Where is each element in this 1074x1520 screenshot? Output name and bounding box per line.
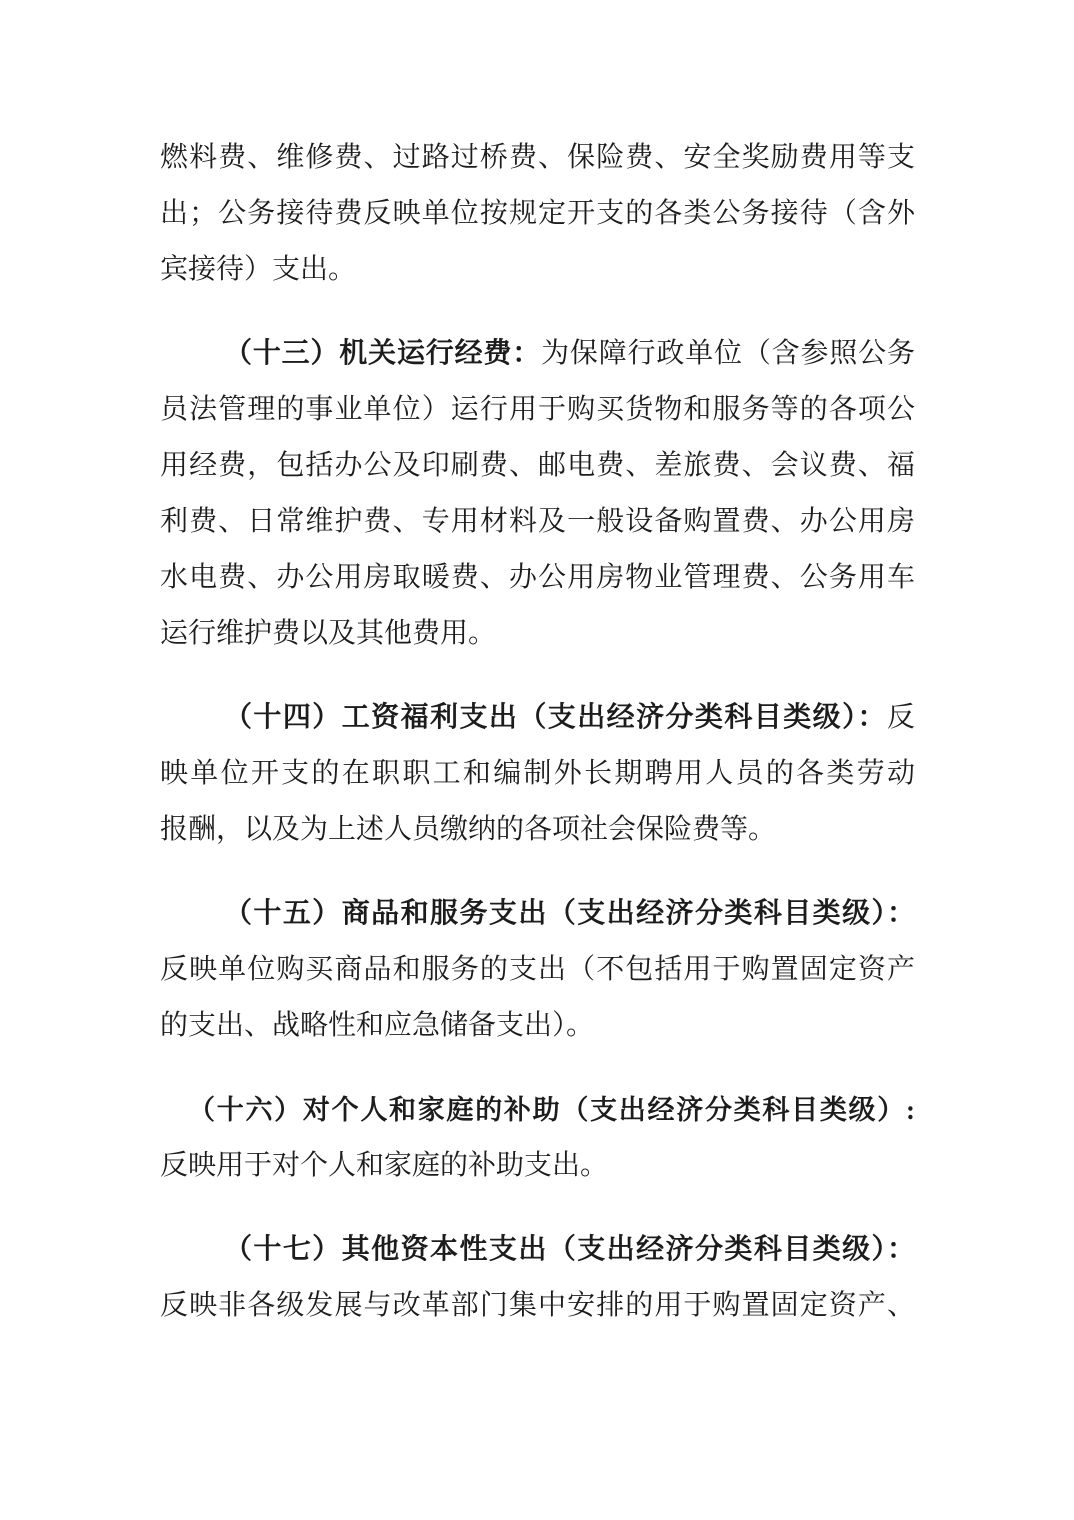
- body-text: 水电费、办公用房取暖费、办公用房物业管理费、公务用车: [160, 562, 915, 593]
- text-line: 水电费、办公用房取暖费、办公用房物业管理费、公务用车: [160, 550, 915, 606]
- body-text: 映单位开支的在职职工和编制外长期聘用人员的各类劳动: [160, 758, 915, 789]
- body-text: 宾接待）支出。: [160, 254, 356, 285]
- text-line: （十五）商品和服务支出（支出经济分类科目类级）：: [160, 886, 915, 942]
- body-text: 的支出、战略性和应急储备支出）。: [160, 1010, 594, 1041]
- body-text: 反映用于对个人和家庭的补助支出。: [160, 1150, 608, 1181]
- body-text: 出；公务接待费反映单位按规定开支的各类公务接待（含外: [160, 198, 915, 229]
- clause-heading-text: （十六）对个人和家庭的补助（支出经济分类科目类级）:: [188, 1095, 915, 1125]
- body-text: 用经费，包括办公及印刷费、邮电费、差旅费、会议费、福: [160, 450, 915, 481]
- body-text: 为保障行政单位（含参照公务: [541, 338, 915, 369]
- clause-heading-text: （十七）其他资本性支出（支出经济分类科目类级）：: [224, 1234, 915, 1265]
- paragraph-17-other-capital-expenditure: （十七）其他资本性支出（支出经济分类科目类级）：反映非各级发展与改革部门集中安排…: [160, 1222, 915, 1334]
- text-line: 利费、日常维护费、专用材料及一般设备购置费、办公用房: [160, 494, 915, 550]
- text-line: 反映非各级发展与改革部门集中安排的用于购置固定资产、: [160, 1278, 915, 1334]
- text-line: 燃料费、维修费、过路过桥费、保险费、安全奖励费用等支: [160, 130, 915, 186]
- text-line: （十四）工资福利支出（支出经济分类科目类级）：反: [160, 690, 915, 746]
- paragraph-official-vehicle-fees-continued: 燃料费、维修费、过路过桥费、保险费、安全奖励费用等支出；公务接待费反映单位按规定…: [160, 130, 915, 298]
- body-text: 反映单位购买商品和服务的支出（不包括用于购置固定资产: [160, 954, 915, 985]
- paragraph-13-agency-operating-funds: （十三）机关运行经费：为保障行政单位（含参照公务员法管理的事业单位）运行用于购买…: [160, 326, 915, 662]
- clause-heading-text: （十四）工资福利支出（支出经济分类科目类级）：: [224, 702, 887, 733]
- text-line: （十七）其他资本性支出（支出经济分类科目类级）：: [160, 1222, 915, 1278]
- text-line: 映单位开支的在职职工和编制外长期聘用人员的各类劳动: [160, 746, 915, 802]
- clause-heading-text: （十五）商品和服务支出（支出经济分类科目类级）：: [224, 898, 915, 929]
- body-text: 报酬，以及为上述人员缴纳的各项社会保险费等。: [160, 814, 776, 845]
- text-line: （十三）机关运行经费：为保障行政单位（含参照公务: [160, 326, 915, 382]
- text-line: 出；公务接待费反映单位按规定开支的各类公务接待（含外: [160, 186, 915, 242]
- paragraph-16-subsidies-to-individuals-and-families: （十六）对个人和家庭的补助（支出经济分类科目类级）:反映用于对个人和家庭的补助支…: [160, 1082, 915, 1194]
- text-line: 宾接待）支出。: [160, 242, 915, 298]
- text-line: 的支出、战略性和应急储备支出）。: [160, 998, 915, 1054]
- body-text: 燃料费、维修费、过路过桥费、保险费、安全奖励费用等支: [160, 142, 915, 173]
- body-text: 反: [887, 702, 915, 733]
- paragraph-15-goods-and-services-expenditure: （十五）商品和服务支出（支出经济分类科目类级）：反映单位购买商品和服务的支出（不…: [160, 886, 915, 1054]
- text-line: 反映用于对个人和家庭的补助支出。: [160, 1138, 915, 1194]
- body-text: 反映非各级发展与改革部门集中安排的用于购置固定资产、: [160, 1290, 915, 1321]
- text-line: 员法管理的事业单位）运行用于购买货物和服务等的各项公: [160, 382, 915, 438]
- body-text: 员法管理的事业单位）运行用于购买货物和服务等的各项公: [160, 394, 915, 425]
- paragraph-14-wage-and-welfare-expenditure: （十四）工资福利支出（支出经济分类科目类级）：反映单位开支的在职职工和编制外长期…: [160, 690, 915, 858]
- document-page: 燃料费、维修费、过路过桥费、保险费、安全奖励费用等支出；公务接待费反映单位按规定…: [0, 0, 1074, 1520]
- text-line: 运行维护费以及其他费用。: [160, 606, 915, 662]
- clause-heading-text: （十三）机关运行经费：: [224, 338, 541, 369]
- body-text: 利费、日常维护费、专用材料及一般设备购置费、办公用房: [160, 506, 915, 537]
- text-line: 报酬，以及为上述人员缴纳的各项社会保险费等。: [160, 802, 915, 858]
- text-line: （十六）对个人和家庭的补助（支出经济分类科目类级）:: [160, 1082, 915, 1138]
- body-text: 运行维护费以及其他费用。: [160, 618, 496, 649]
- text-line: 用经费，包括办公及印刷费、邮电费、差旅费、会议费、福: [160, 438, 915, 494]
- text-line: 反映单位购买商品和服务的支出（不包括用于购置固定资产: [160, 942, 915, 998]
- document-content: 燃料费、维修费、过路过桥费、保险费、安全奖励费用等支出；公务接待费反映单位按规定…: [160, 130, 915, 1334]
